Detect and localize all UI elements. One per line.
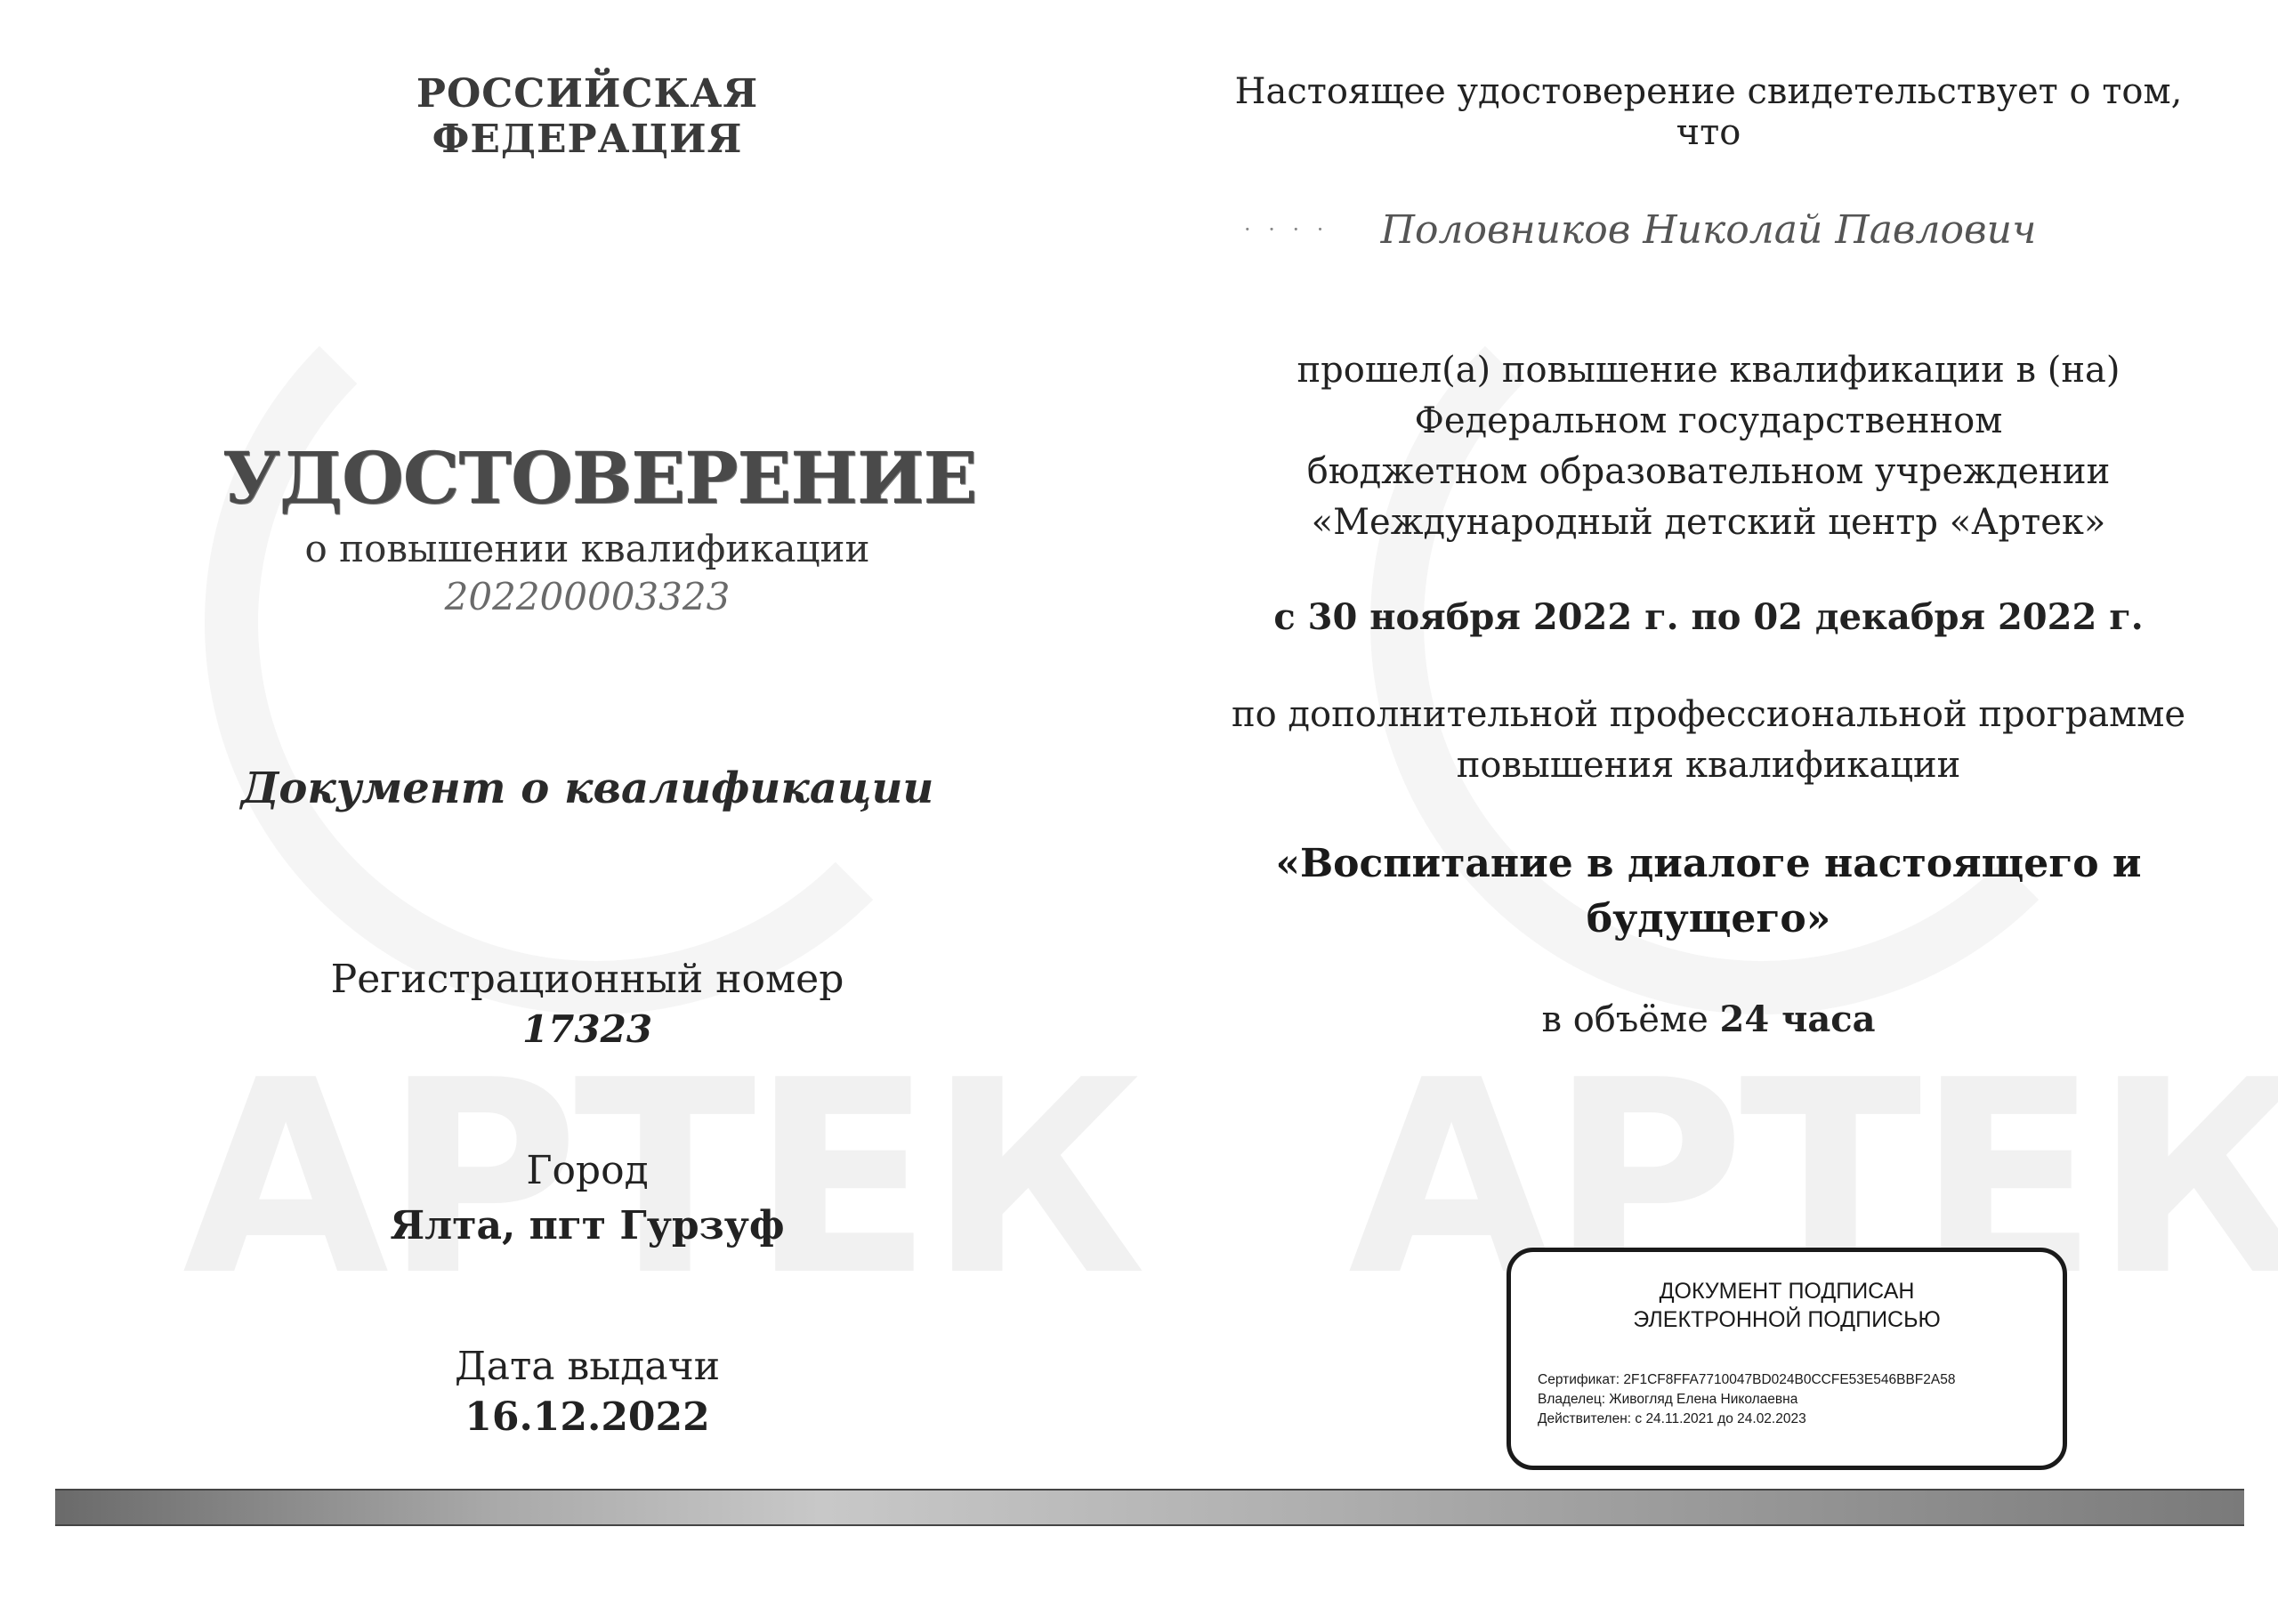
stamp-heading-line: ДОКУМЕНТ ПОДПИСАН	[1511, 1277, 2063, 1305]
passed-line: прошел(а) повышение квалификации в (на)	[1219, 345, 2198, 396]
program-name: «Воспитание в диалоге настоящего и будущ…	[1219, 836, 2198, 947]
program-name-line: «Воспитание в диалоге настоящего и	[1219, 836, 2198, 892]
training-period: с 30 ноября 2022 г. по 02 декабря 2022 г…	[1219, 596, 2198, 638]
program-name-line: будущего»	[1219, 892, 2198, 947]
watermark-arc-left	[205, 231, 988, 1014]
city-value: Ялта, пгт Гурзуф	[222, 1203, 952, 1248]
city-label: Город	[222, 1148, 952, 1193]
stamp-details: Сертификат: 2F1CF8FFA7710047BD024B0CCFE5…	[1538, 1370, 1955, 1429]
document-subtitle: о повышении квалификации	[222, 527, 952, 570]
serial-number: 202200003323	[222, 575, 952, 618]
country-header: РОССИЙСКАЯ ФЕДЕРАЦИЯ	[294, 71, 881, 162]
program-intro-line: повышения квалификации	[1219, 740, 2198, 791]
volume-prefix: в объёме	[1541, 999, 1708, 1040]
stamp-owner: Владелец: Живогляд Елена Николаевна	[1538, 1390, 1955, 1410]
volume-value: 24 часа	[1719, 998, 1875, 1040]
holder-name: Половников Николай Павлович	[1219, 207, 2198, 253]
stamp-validity: Действителен: с 24.11.2021 до 24.02.2023	[1538, 1410, 1955, 1429]
document-type: Документ о квалификации	[222, 764, 952, 813]
institution-name: «Международный детский центр «Артек»	[1219, 497, 2198, 548]
stamp-heading: ДОКУМЕНТ ПОДПИСАН ЭЛЕКТРОННОЙ ПОДПИСЬЮ	[1511, 1277, 2063, 1334]
program-intro: по дополнительной профессиональной прогр…	[1219, 690, 2198, 791]
stamp-certificate: Сертификат: 2F1CF8FFA7710047BD024B0CCFE5…	[1538, 1370, 1955, 1390]
document-title: УДОСТОВЕРЕНИЕ	[222, 436, 952, 520]
issue-date-label: Дата выдачи	[222, 1344, 952, 1389]
decorative-bottom-bar	[55, 1489, 2244, 1526]
certifies-text: Настоящее удостоверение свидетельствует …	[1219, 71, 2198, 153]
registration-label: Регистрационный номер	[222, 957, 952, 1002]
electronic-signature-stamp: ДОКУМЕНТ ПОДПИСАН ЭЛЕКТРОННОЙ ПОДПИСЬЮ С…	[1507, 1248, 2067, 1470]
institution-block: прошел(а) повышение квалификации в (на) …	[1219, 345, 2198, 548]
institution-line: бюджетном образовательном учреждении	[1219, 447, 2198, 497]
program-intro-line: по дополнительной профессиональной прогр…	[1219, 690, 2198, 740]
registration-number: 17323	[222, 1007, 952, 1051]
volume: в объёме 24 часа	[1219, 998, 2198, 1040]
stamp-heading-line: ЭЛЕКТРОННОЙ ПОДПИСЬЮ	[1511, 1305, 2063, 1334]
issue-date-value: 16.12.2022	[222, 1394, 952, 1440]
institution-line: Федеральном государственном	[1219, 396, 2198, 447]
